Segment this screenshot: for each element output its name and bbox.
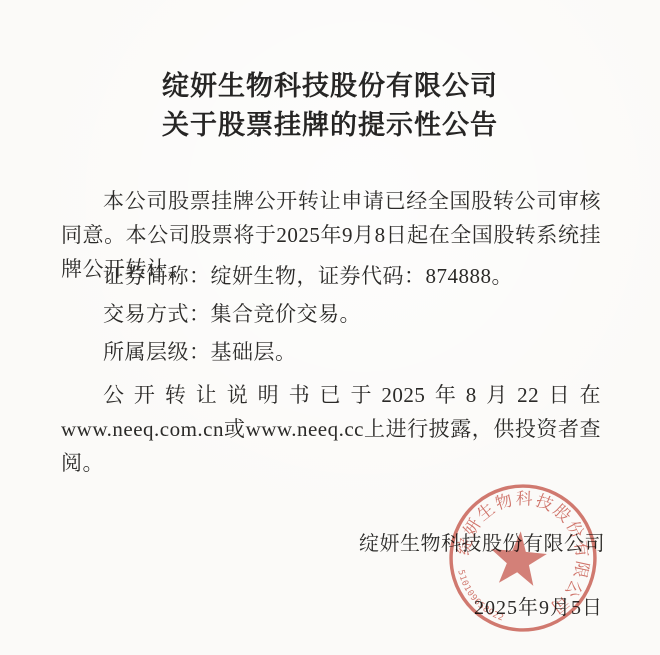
document-title-line1: 绽妍生物科技股份有限公司	[0, 64, 660, 103]
paragraph-disclosure: 公开转让说明书已于2025年8月22日在www.neeq.com.cn或www.…	[61, 378, 601, 480]
signature-company-name: 绽妍生物科技股份有限公司	[359, 527, 605, 556]
item-market-tier: 所属层级：基础层。	[61, 335, 601, 369]
item-security-info: 证券简称：绽妍生物，证券代码：874888。	[61, 259, 601, 293]
document-title-line2: 关于股票挂牌的提示性公告	[0, 103, 660, 142]
announcement-document: 绽妍生物科技股份有限公司 关于股票挂牌的提示性公告 本公司股票挂牌公开转让申请已…	[0, 0, 660, 655]
signature-date: 2025年9月5日	[474, 591, 603, 620]
item-trading-method: 交易方式：集合竞价交易。	[61, 297, 601, 331]
